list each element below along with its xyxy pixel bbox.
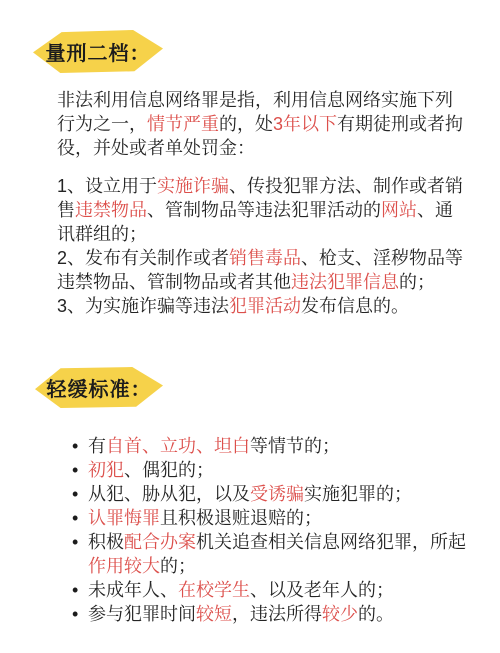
highlighted-text: 3年以下 (273, 114, 337, 134)
plain-text: 参与犯罪时间 (88, 604, 196, 624)
bullet-dot-icon: • (72, 578, 88, 602)
bullet-dot-icon: • (72, 458, 88, 482)
sentencing-badge-label: 量刑二档： (46, 37, 151, 66)
plain-text: 、以及老年人的； (250, 580, 394, 600)
highlighted-text: 情节严重 (147, 114, 219, 134)
highlighted-text: 较少 (322, 604, 358, 624)
sentencing-items-list: 1、设立用于实施诈骗、传投犯罪方法、制作或者销售违禁物品、管制物品等违法犯罪活动… (57, 174, 469, 318)
bullet-item: • 从犯、胁从犯，以及受诱骗实施犯罪的； (72, 482, 468, 506)
bullet-text: 初犯、偶犯的； (88, 458, 468, 482)
sentencing-item-1: 1、设立用于实施诈骗、传投犯罪方法、制作或者销售违禁物品、管制物品等违法犯罪活动… (57, 174, 469, 246)
plain-text: 发布信息的。 (301, 296, 409, 316)
plain-text: 有 (88, 436, 106, 456)
bullet-dot-icon: • (72, 602, 88, 626)
bullet-text: 有自首、立功、坦白等情节的； (88, 434, 468, 458)
bullet-item: • 积极配合办案机关追查相关信息网络犯罪，所起作用较大的； (72, 530, 468, 578)
highlighted-text: 网站 (381, 200, 417, 220)
leniency-badge: 轻缓标准： (35, 367, 163, 408)
sentencing-badge: 量刑二档： (33, 30, 163, 73)
bullet-text: 从犯、胁从犯，以及受诱骗实施犯罪的； (88, 482, 468, 506)
highlighted-text: 实施诈骗 (157, 176, 229, 196)
plain-text: 、偶犯的； (124, 460, 214, 480)
highlighted-text: 违禁物品 (75, 200, 147, 220)
highlighted-text: 违法犯罪信息 (291, 272, 399, 292)
section-sentencing: 量刑二档： 非法利用信息网络罪是指，利用信息网络实施下列行为之一，情节严重的，处… (0, 30, 500, 318)
plain-text: 机关追查相关信息网络犯罪，所起 (196, 532, 466, 552)
bullet-text: 未成年人、在校学生、以及老年人的； (88, 578, 468, 602)
plain-text: 3、为实施诈骗等违法 (57, 296, 229, 316)
bullet-item: • 未成年人、在校学生、以及老年人的； (72, 578, 468, 602)
highlighted-text: 自首、立功、坦白 (106, 436, 250, 456)
bullet-dot-icon: • (72, 434, 88, 458)
plain-text: 的。 (358, 604, 394, 624)
highlighted-text: 在校学生 (178, 580, 250, 600)
highlighted-text: 认罪悔罪 (88, 508, 160, 528)
highlighted-text: 配合办案 (124, 532, 196, 552)
highlighted-text: 销售毒品 (229, 248, 301, 268)
highlighted-text: 犯罪活动 (229, 296, 301, 316)
leniency-bullet-list: • 有自首、立功、坦白等情节的； • 初犯、偶犯的； • 从犯、胁从犯，以及受诱… (72, 434, 468, 626)
plain-text: ，违法所得 (232, 604, 322, 624)
plain-text: 从犯、胁从犯，以及 (88, 484, 250, 504)
plain-text: 的，处 (219, 114, 273, 134)
highlighted-text: 作用较大 (88, 556, 160, 576)
bullet-text: 参与犯罪时间较短，违法所得较少的。 (88, 602, 468, 626)
infographic-page: 量刑二档： 非法利用信息网络罪是指，利用信息网络实施下列行为之一，情节严重的，处… (0, 0, 500, 653)
plain-text: 的； (160, 556, 196, 576)
plain-text: 且积极退赃退赔的； (160, 508, 322, 528)
plain-text: 1、设立用于 (57, 176, 157, 196)
highlighted-text: 初犯 (88, 460, 124, 480)
plain-text: 、管制物品等违法犯罪活动的 (147, 200, 381, 220)
section-leniency: 轻缓标准： • 有自首、立功、坦白等情节的； • 初犯、偶犯的； • 从犯、胁从… (0, 367, 500, 626)
plain-text: 2、发布有关制作或者 (57, 248, 229, 268)
plain-text: 等情节的； (250, 436, 340, 456)
highlighted-text: 较短 (196, 604, 232, 624)
bullet-text: 认罪悔罪且积极退赃退赔的； (88, 506, 468, 530)
bullet-item: • 有自首、立功、坦白等情节的； (72, 434, 468, 458)
plain-text: 实施犯罪的； (304, 484, 412, 504)
bullet-dot-icon: • (72, 506, 88, 530)
bullet-item: • 初犯、偶犯的； (72, 458, 468, 482)
plain-text: 未成年人、 (88, 580, 178, 600)
bullet-dot-icon: • (72, 482, 88, 506)
sentencing-item-2: 2、发布有关制作或者销售毒品、枪支、淫秽物品等违禁物品、管制物品或者其他违法犯罪… (57, 246, 469, 294)
plain-text: 积极 (88, 532, 124, 552)
leniency-badge-label: 轻缓标准： (47, 373, 152, 402)
plain-text: 的； (399, 272, 435, 292)
highlighted-text: 受诱骗 (250, 484, 304, 504)
bullet-dot-icon: • (72, 530, 88, 578)
sentencing-intro-paragraph: 非法利用信息网络罪是指，利用信息网络实施下列行为之一，情节严重的，处3年以下有期… (57, 88, 469, 160)
bullet-item: • 认罪悔罪且积极退赃退赔的； (72, 506, 468, 530)
bullet-item: • 参与犯罪时间较短，违法所得较少的。 (72, 602, 468, 626)
sentencing-item-3: 3、为实施诈骗等违法犯罪活动发布信息的。 (57, 294, 469, 318)
bullet-text: 积极配合办案机关追查相关信息网络犯罪，所起作用较大的； (88, 530, 468, 578)
